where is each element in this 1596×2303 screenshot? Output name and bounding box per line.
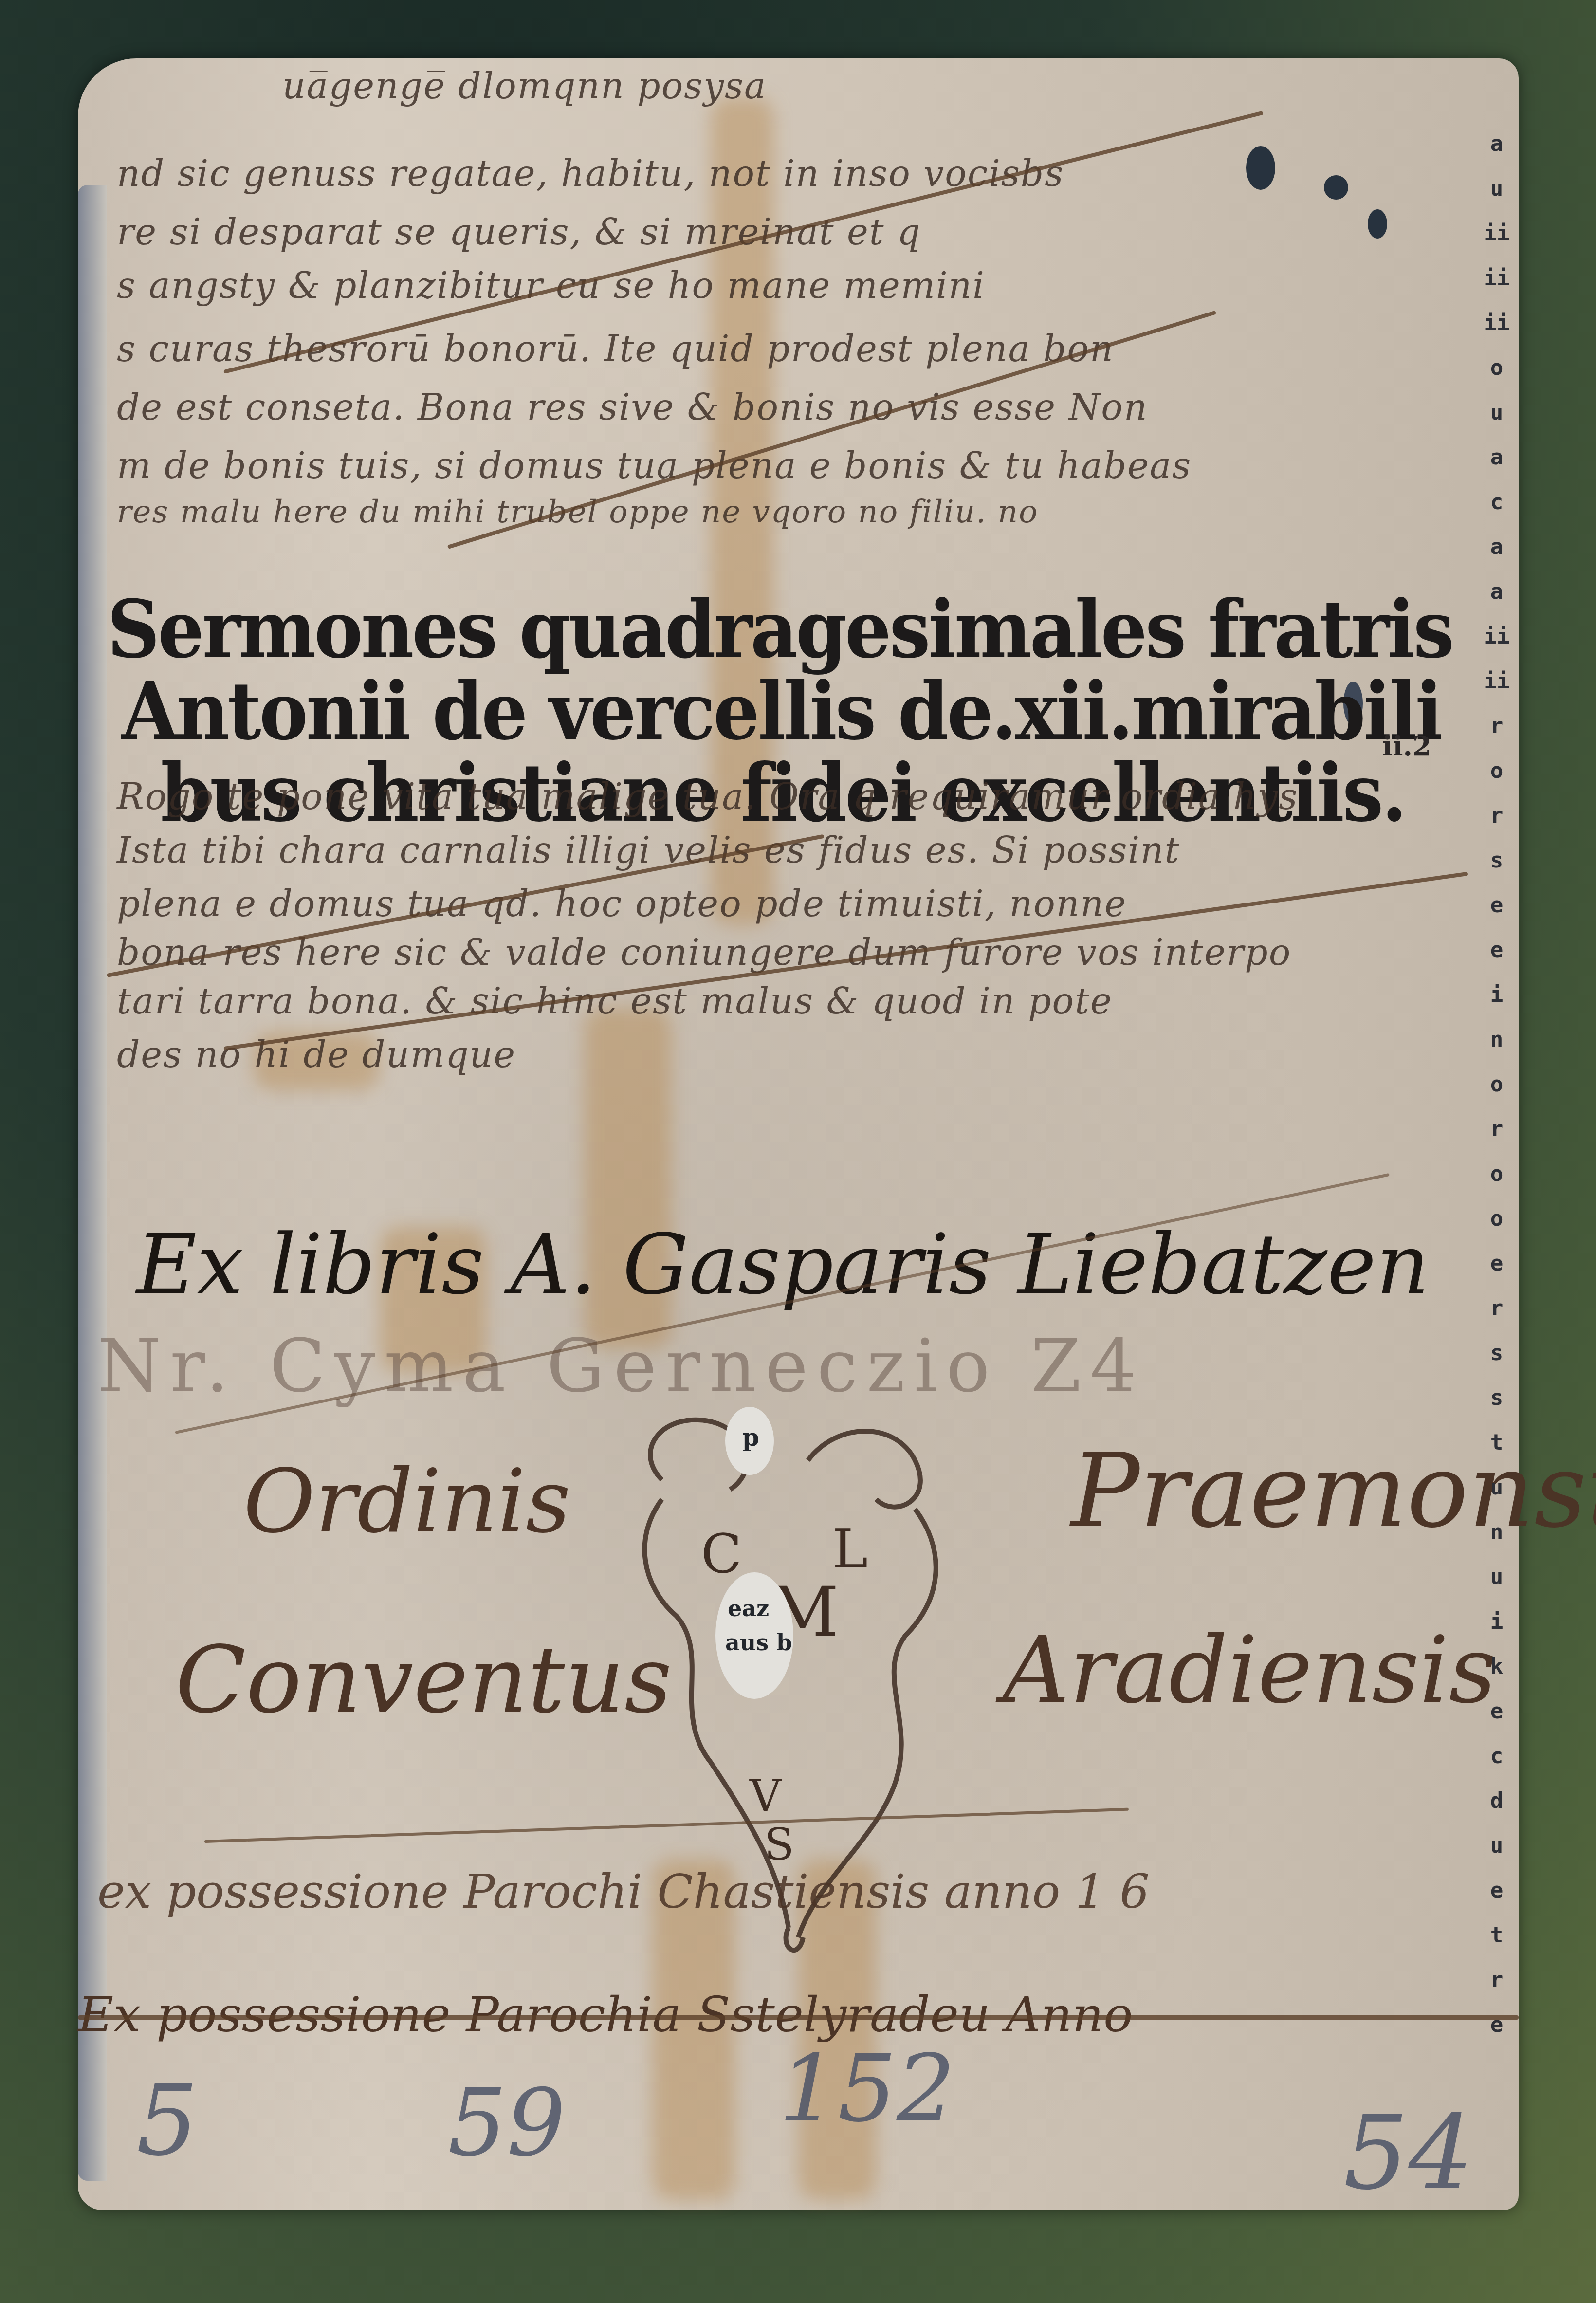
edge-letter: a	[1490, 570, 1504, 614]
title-line-2: Antonii de vercellis de.xii.mirabili	[107, 667, 1412, 755]
pencil-number: 54	[1343, 2093, 1473, 2212]
manuscript-line: m de bonis tuis, si domus tua plena e bo…	[117, 448, 1192, 484]
possession-note-1: ex possessione Parochi Chastiensis anno …	[97, 1864, 1150, 1919]
edge-letter: o	[1490, 1152, 1504, 1197]
manuscript-line: res malu here du mihi trubel oppe ne vqo…	[117, 497, 1038, 528]
edge-letter: ii	[1484, 301, 1510, 346]
manuscript-line: Ista tibi chara carnalis illigi velis es…	[117, 832, 1180, 868]
praemonst-label: Praemonst	[1071, 1431, 1596, 1550]
edge-letter: a	[1490, 525, 1504, 570]
edge-letter: n	[1490, 1017, 1504, 1062]
signature-mark: ii.2	[1382, 730, 1431, 762]
svg-text:S: S	[764, 1819, 794, 1870]
edge-letter: e	[1490, 1868, 1504, 1913]
manuscript-line: s angsty & planzibitur cu se ho mane mem…	[117, 268, 985, 304]
edge-letter: ii	[1484, 614, 1510, 659]
edge-letter: u	[1490, 1465, 1504, 1510]
pencil-number: 59	[448, 2069, 566, 2176]
edge-letter: i	[1490, 973, 1504, 1017]
edge-letter: a	[1490, 122, 1504, 166]
manuscript-line: nd sic genuss regatae, habitu, not in in…	[117, 156, 1064, 192]
edge-letter: a	[1490, 435, 1504, 480]
svg-text:L: L	[832, 1518, 868, 1580]
manuscript-line: ua̅genge̅ dlomqnn posysa	[282, 68, 767, 104]
edge-letter: s	[1490, 1331, 1504, 1376]
manuscript-line: tari tarra bona. & sic hinc est malus & …	[117, 983, 1113, 1019]
pencil-number: 5	[136, 2064, 198, 2177]
edge-letter: e	[1490, 928, 1504, 973]
edge-letter: s	[1490, 1376, 1504, 1420]
edge-letter: c	[1490, 1734, 1504, 1779]
edge-letter: r	[1490, 1286, 1504, 1331]
ex-libris-inscription: Ex libris A. Gasparis Liebatzen	[136, 1217, 1430, 1313]
worm-hole	[1324, 175, 1348, 200]
edge-letter: u	[1490, 390, 1504, 435]
worm-hole	[1246, 146, 1275, 190]
svg-text:aus b: aus b	[725, 1629, 792, 1656]
edge-letter: e	[1490, 883, 1504, 928]
edge-letter: t	[1490, 1420, 1504, 1465]
svg-text:eaz: eaz	[728, 1595, 769, 1621]
manuscript-line: de est conseta. Bona res sive & bonis no…	[117, 389, 1148, 425]
edge-letter: o	[1490, 1197, 1504, 1241]
edge-letter: r	[1490, 1958, 1504, 2003]
edge-letter: d	[1490, 1779, 1504, 1824]
ordinis-label: Ordinis	[243, 1451, 570, 1552]
manuscript-line: Rogo te pone vita tua malige tua. Ora q …	[117, 779, 1298, 815]
manuscript-line: plena e domus tua qd. hoc opteo pde timu…	[117, 886, 1127, 922]
edge-letter: e	[1490, 2003, 1504, 2047]
edge-letter: u	[1490, 166, 1504, 211]
edge-letter: o	[1490, 1062, 1504, 1107]
edge-letter: t	[1490, 1913, 1504, 1958]
aradiensis-label: Aradiensis	[1003, 1616, 1496, 1724]
edge-letter: r	[1490, 704, 1504, 749]
edge-letter: e	[1490, 1241, 1504, 1286]
edge-letter: r	[1490, 793, 1504, 838]
edge-letter: o	[1490, 749, 1504, 793]
manuscript-line: des no hi de dumque	[117, 1037, 516, 1073]
svg-text:p: p	[742, 1423, 759, 1452]
edge-letter: c	[1490, 480, 1504, 525]
edge-letter: ii	[1484, 211, 1510, 256]
worm-hole	[1368, 209, 1387, 239]
edge-letter: n	[1490, 1510, 1504, 1555]
svg-text:C: C	[701, 1523, 742, 1585]
svg-text:V: V	[749, 1770, 782, 1822]
possession-note-2: Ex possessione Parochia Sstelyradeu Anno	[78, 1986, 1133, 2043]
edge-letter: s	[1490, 838, 1504, 883]
strike-through-line	[78, 2015, 1519, 2020]
edge-letter: u	[1490, 1555, 1504, 1600]
conventus-label: Conventus	[175, 1626, 672, 1733]
edge-text-strip: a u ii ii ii o u a c a a ii ii r o r s e…	[1480, 122, 1514, 2069]
title-line-1: Sermones quadragesimales fratris	[107, 586, 1412, 674]
edge-letter: i	[1490, 1600, 1504, 1644]
edge-letter: ii	[1484, 256, 1510, 301]
edge-letter: o	[1490, 346, 1504, 390]
manuscript-line: re si desparat se queris, & si mreinat e…	[117, 214, 921, 250]
book-page: ua̅genge̅ dlomqnn posysa nd sic genuss r…	[78, 58, 1519, 2210]
pencil-number: 152	[779, 2035, 955, 2142]
edge-letter: e	[1490, 1689, 1504, 1734]
edge-letter: k	[1490, 1644, 1504, 1689]
edge-letter: r	[1490, 1107, 1504, 1152]
edge-letter: ii	[1484, 659, 1510, 704]
edge-letter: u	[1490, 1824, 1504, 1868]
